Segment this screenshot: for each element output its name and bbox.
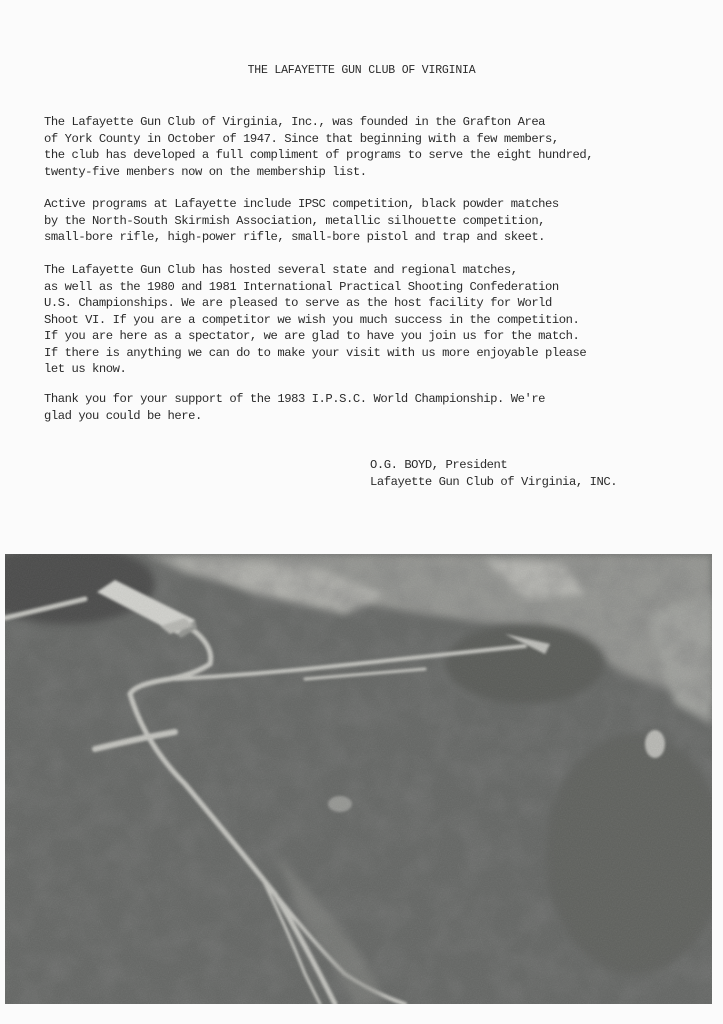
signature-block: O.G. BOYD, President Lafayette Gun Club … [370, 457, 617, 491]
signature-name: O.G. BOYD, President [370, 457, 617, 474]
paragraph-thanks: Thank you for your support of the 1983 I… [44, 391, 684, 424]
paragraph-history: The Lafayette Gun Club of Virginia, Inc.… [44, 114, 684, 180]
aerial-photograph [5, 554, 712, 1004]
aerial-photo-illustration [5, 554, 712, 1004]
paragraph-programs: Active programs at Lafayette include IPS… [44, 196, 684, 246]
signature-organization: Lafayette Gun Club of Virginia, INC. [370, 474, 617, 491]
paragraph-hosting: The Lafayette Gun Club has hosted severa… [44, 262, 684, 378]
document-title: THE LAFAYETTE GUN CLUB OF VIRGINIA [0, 64, 723, 77]
